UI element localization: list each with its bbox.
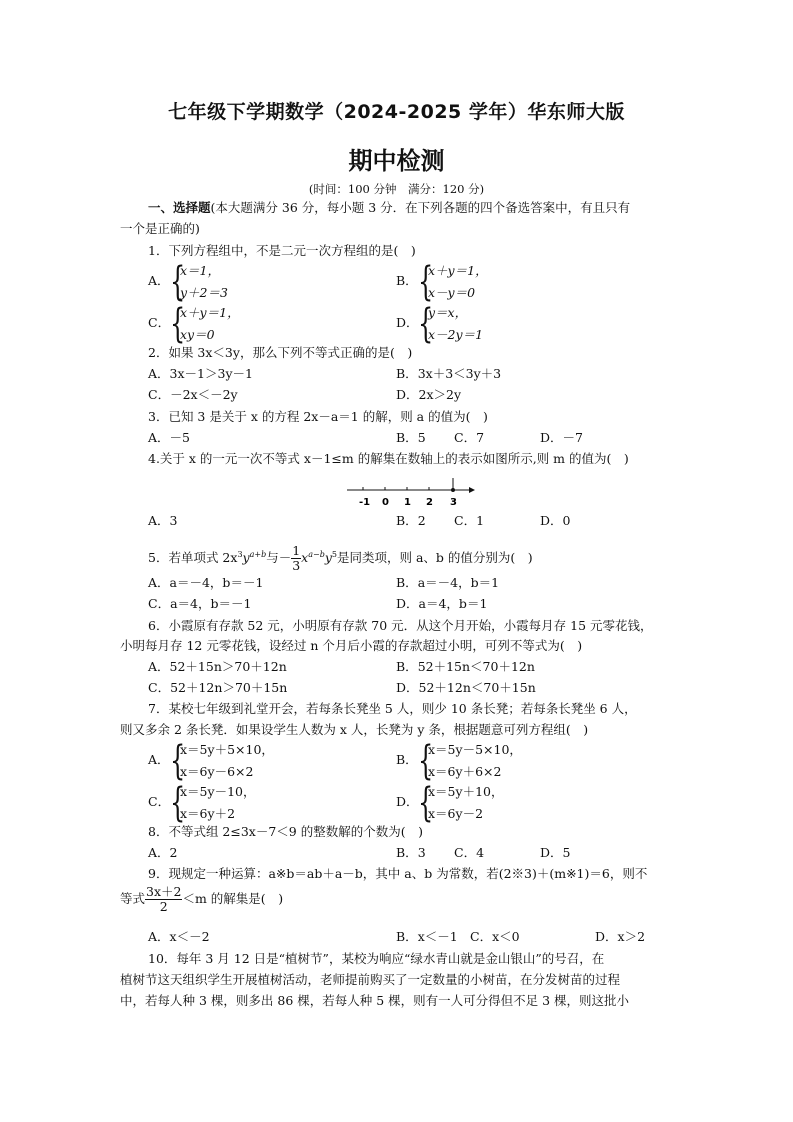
q4-option-a: A．3 xyxy=(148,513,177,529)
q9-option-c: C．x＜0 xyxy=(470,929,520,945)
section-heading-line: 一、选择题(本大题满分 36 分，每小题 3 分．在下列各题的四个备选答案中，有… xyxy=(148,200,630,216)
question-6-stem-line2: 小明每月存 12 元零花钱，设经过 n 个月后小霞的存款超过小明，可列不等式为(… xyxy=(120,638,582,654)
option-text: a＝－4，b＝1 xyxy=(418,575,499,590)
option-text: x＜－2 xyxy=(170,929,210,944)
q7-option-c-label: C． xyxy=(148,794,170,810)
option-label: A． xyxy=(148,513,170,528)
q1-option-d-label: D． xyxy=(396,315,419,331)
option-text: 2x＞2y xyxy=(419,387,462,402)
q2-option-a: A．3x－1＞3y－1 xyxy=(148,366,253,382)
section-desc: (本大题满分 36 分，每小题 3 分．在下列各题的四个备选答案中，有且只有 xyxy=(211,200,631,215)
option-label: A． xyxy=(148,659,170,674)
option-label: C． xyxy=(148,680,170,695)
option-text: 4 xyxy=(476,845,484,860)
option-label: C． xyxy=(454,513,476,528)
q6-option-a: A．52＋15n＞70＋12n xyxy=(148,659,287,675)
svg-text:1: 1 xyxy=(404,497,411,508)
q9-option-a: A．x＜－2 xyxy=(148,929,210,945)
option-label: D． xyxy=(540,430,563,445)
question-9-stem-line2: 等式3x＋22＜m 的解集是( ) xyxy=(120,884,283,914)
svg-text:3: 3 xyxy=(450,497,457,508)
question-10-stem-line1: 10．每年 3 月 12 日是“植树节”，某校为响应“绿水青山就是金山银山”的号… xyxy=(148,951,604,967)
fraction-denominator: 3 xyxy=(291,559,301,573)
svg-text:-1: -1 xyxy=(359,497,370,508)
equation: x＝6y－6×2 xyxy=(180,762,253,780)
question-2-stem: 2．如果 3x＜3y，那么下列不等式正确的是( ) xyxy=(148,345,412,361)
option-label: B． xyxy=(396,366,418,381)
question-10-stem-line3: 中，若每人种 3 棵，则多出 86 棵，若每人种 5 棵，则有一人可分得但不足 … xyxy=(120,993,629,1009)
svg-text:0: 0 xyxy=(382,497,389,508)
q4-option-d: D．0 xyxy=(540,513,570,529)
option-label: B． xyxy=(396,513,418,528)
option-text: 1 xyxy=(476,513,484,528)
number-line-figure: -1 0 1 2 3 xyxy=(345,478,475,508)
option-text: 2 xyxy=(170,845,178,860)
q7-option-a-label: A． xyxy=(148,752,170,768)
equation: x＝6y－2 xyxy=(428,804,483,822)
option-text: 7 xyxy=(476,430,484,445)
option-text: 52＋12n＞70＋15n xyxy=(170,680,287,695)
exponent: a+b xyxy=(250,550,267,559)
option-text: 3x＋3＜3y＋3 xyxy=(418,366,501,381)
option-label: B． xyxy=(396,929,418,944)
section-desc-cont: 一个是正确的) xyxy=(120,221,200,237)
stem-text: 等式 xyxy=(120,891,145,906)
q1-option-a-label: A． xyxy=(148,273,170,289)
exam-meta: (时间：100 分钟 满分：120 分) xyxy=(0,181,793,197)
option-text: 3x－1＞3y－1 xyxy=(170,366,253,381)
option-label: B． xyxy=(396,430,418,445)
option-text: 2 xyxy=(418,513,426,528)
option-text: 3 xyxy=(418,845,426,860)
q4-option-b: B．2 xyxy=(396,513,426,529)
equation: x＝5y－10， xyxy=(180,782,255,800)
q3-option-c: C．7 xyxy=(454,430,484,446)
q3-option-a: A．－5 xyxy=(148,430,190,446)
equation: x－2y＝1 xyxy=(428,325,483,343)
q5-option-d: D．a＝4，b＝1 xyxy=(396,596,487,612)
option-label: A． xyxy=(148,845,170,860)
option-label: D． xyxy=(540,513,563,528)
equation: x＝6y＋6×2 xyxy=(428,762,501,780)
equation: x＝6y＋2 xyxy=(180,804,235,822)
option-text: 0 xyxy=(563,513,571,528)
option-label: C． xyxy=(148,596,170,611)
q7-option-b-label: B． xyxy=(396,752,418,768)
q3-option-b: B．5 xyxy=(396,430,426,446)
option-text: x＞2 xyxy=(618,929,646,944)
option-text: －5 xyxy=(170,430,190,445)
question-5-stem: 5．若单项式 2x3ya+b与－13xa−by5是同类项，则 a、b 的值分别为… xyxy=(148,540,533,573)
exam-page: 七年级下学期数学（2024-2025 学年）华东师大版 期中检测 (时间：100… xyxy=(0,0,793,1122)
document-title: 七年级下学期数学（2024-2025 学年）华东师大版 xyxy=(0,97,793,124)
equation: xy＝0 xyxy=(180,325,215,343)
option-label: A． xyxy=(148,430,170,445)
q5-option-b: B．a＝－4，b＝1 xyxy=(396,575,499,591)
fraction-numerator: 1 xyxy=(291,544,301,559)
var-y: y xyxy=(325,550,332,565)
option-label: B． xyxy=(396,659,418,674)
option-text: 52＋15n＞70＋12n xyxy=(170,659,287,674)
option-text: －7 xyxy=(563,430,583,445)
equation: x＋y＝1， xyxy=(428,261,488,279)
option-text: 52＋12n＜70＋15n xyxy=(419,680,536,695)
option-text: a＝4，b＝1 xyxy=(419,596,488,611)
question-7-stem-line2: 则又多余 2 条长凳．如果设学生人数为 x 人，长凳为 y 条，根据题意可列方程… xyxy=(120,722,588,738)
q7-option-d-label: D． xyxy=(396,794,419,810)
q8-option-a: A．2 xyxy=(148,845,177,861)
option-label: C． xyxy=(454,845,476,860)
equation: x＝1， xyxy=(180,261,220,279)
stem-text: 是同类项，则 a、b 的值分别为( ) xyxy=(337,550,533,565)
question-10-stem-line2: 植树节这天组织学生开展植树活动，老师提前购买了一定数量的小树苗，在分发树苗的过程 xyxy=(120,972,620,988)
option-label: D． xyxy=(396,596,419,611)
q1-option-c-label: C． xyxy=(148,315,170,331)
exponent: a−b xyxy=(308,550,325,559)
q1-option-b-label: B． xyxy=(396,273,418,289)
q4-option-c: C．1 xyxy=(454,513,484,529)
option-label: C． xyxy=(454,430,476,445)
question-4-stem: 4.关于 x 的一元一次不等式 x－1≤m 的解集在数轴上的表示如图所示,则 m… xyxy=(148,451,629,467)
option-label: B． xyxy=(396,575,418,590)
equation: x－y＝0 xyxy=(428,283,475,301)
q6-option-b: B．52＋15n＜70＋12n xyxy=(396,659,535,675)
option-label: A． xyxy=(148,929,170,944)
q5-option-c: C．a＝4，b＝－1 xyxy=(148,596,251,612)
section-heading: 一、选择题 xyxy=(148,200,211,215)
stem-text: 与－ xyxy=(266,550,291,565)
question-9-stem-line1: 9．现规定一种运算：a※b＝ab＋a－b，其中 a、b 为常数，若(2※3)＋(… xyxy=(148,866,647,882)
option-label: B． xyxy=(396,845,418,860)
q2-option-b: B．3x＋3＜3y＋3 xyxy=(396,366,501,382)
equation: y＝x， xyxy=(428,303,467,321)
question-8-stem: 8．不等式组 2≤3x－7＜9 的整数解的个数为( ) xyxy=(148,824,423,840)
q8-option-c: C．4 xyxy=(454,845,484,861)
fraction: 3x＋22 xyxy=(145,885,182,914)
equation: x＝5y＋10， xyxy=(428,782,503,800)
option-label: D． xyxy=(396,680,419,695)
equation: y＋2＝3 xyxy=(180,283,228,301)
fraction: 13 xyxy=(291,544,301,573)
q2-option-d: D．2x＞2y xyxy=(396,387,461,403)
option-text: 3 xyxy=(170,513,178,528)
stem-text: 5．若单项式 2x xyxy=(148,550,237,565)
q5-option-a: A．a＝－4，b＝－1 xyxy=(148,575,263,591)
svg-text:2: 2 xyxy=(426,497,433,508)
option-label: C． xyxy=(470,929,492,944)
q9-option-d: D．x＞2 xyxy=(595,929,645,945)
option-text: a＝4，b＝－1 xyxy=(170,596,251,611)
option-label: D． xyxy=(595,929,618,944)
q9-option-b: B．x＜－1 xyxy=(396,929,458,945)
question-6-stem-line1: 6．小霞原有存款 52 元，小明原有存款 70 元．从这个月开始，小霞每月存 1… xyxy=(148,618,653,634)
stem-text: ＜m 的解集是( ) xyxy=(182,891,283,906)
option-label: C． xyxy=(148,387,170,402)
option-text: 52＋15n＜70＋12n xyxy=(418,659,535,674)
option-text: －2x＜－2y xyxy=(170,387,238,402)
q8-option-d: D．5 xyxy=(540,845,570,861)
option-text: 5 xyxy=(418,430,426,445)
q6-option-c: C．52＋12n＞70＋15n xyxy=(148,680,287,696)
q2-option-c: C．－2x＜－2y xyxy=(148,387,238,403)
equation: x＝5y＋5×10， xyxy=(180,740,274,758)
option-text: a＝－4，b＝－1 xyxy=(170,575,264,590)
option-label: A． xyxy=(148,366,170,381)
question-7-stem-line1: 7．某校七年级到礼堂开会，若每条长凳坐 5 人，则少 10 条长凳；若每条长凳坐… xyxy=(148,701,637,717)
question-3-stem: 3．已知 3 是关于 x 的方程 2x－a＝1 的解，则 a 的值为( ) xyxy=(148,409,488,425)
option-text: 5 xyxy=(563,845,571,860)
q3-option-d: D．－7 xyxy=(540,430,583,446)
exam-subtitle: 期中检测 xyxy=(0,141,793,176)
q8-option-b: B．3 xyxy=(396,845,426,861)
option-label: D． xyxy=(540,845,563,860)
var-y: y xyxy=(243,550,250,565)
question-1-stem: 1．下列方程组中，不是二元一次方程组的是( ) xyxy=(148,243,416,259)
q6-option-d: D．52＋12n＜70＋15n xyxy=(396,680,536,696)
equation: x＝5y－5×10， xyxy=(428,740,522,758)
option-text: x＜－1 xyxy=(418,929,458,944)
option-label: D． xyxy=(396,387,419,402)
option-text: x＜0 xyxy=(492,929,520,944)
fraction-denominator: 2 xyxy=(145,900,182,914)
fraction-numerator: 3x＋2 xyxy=(145,885,182,900)
option-label: A． xyxy=(148,575,170,590)
equation: x＋y＝1， xyxy=(180,303,240,321)
